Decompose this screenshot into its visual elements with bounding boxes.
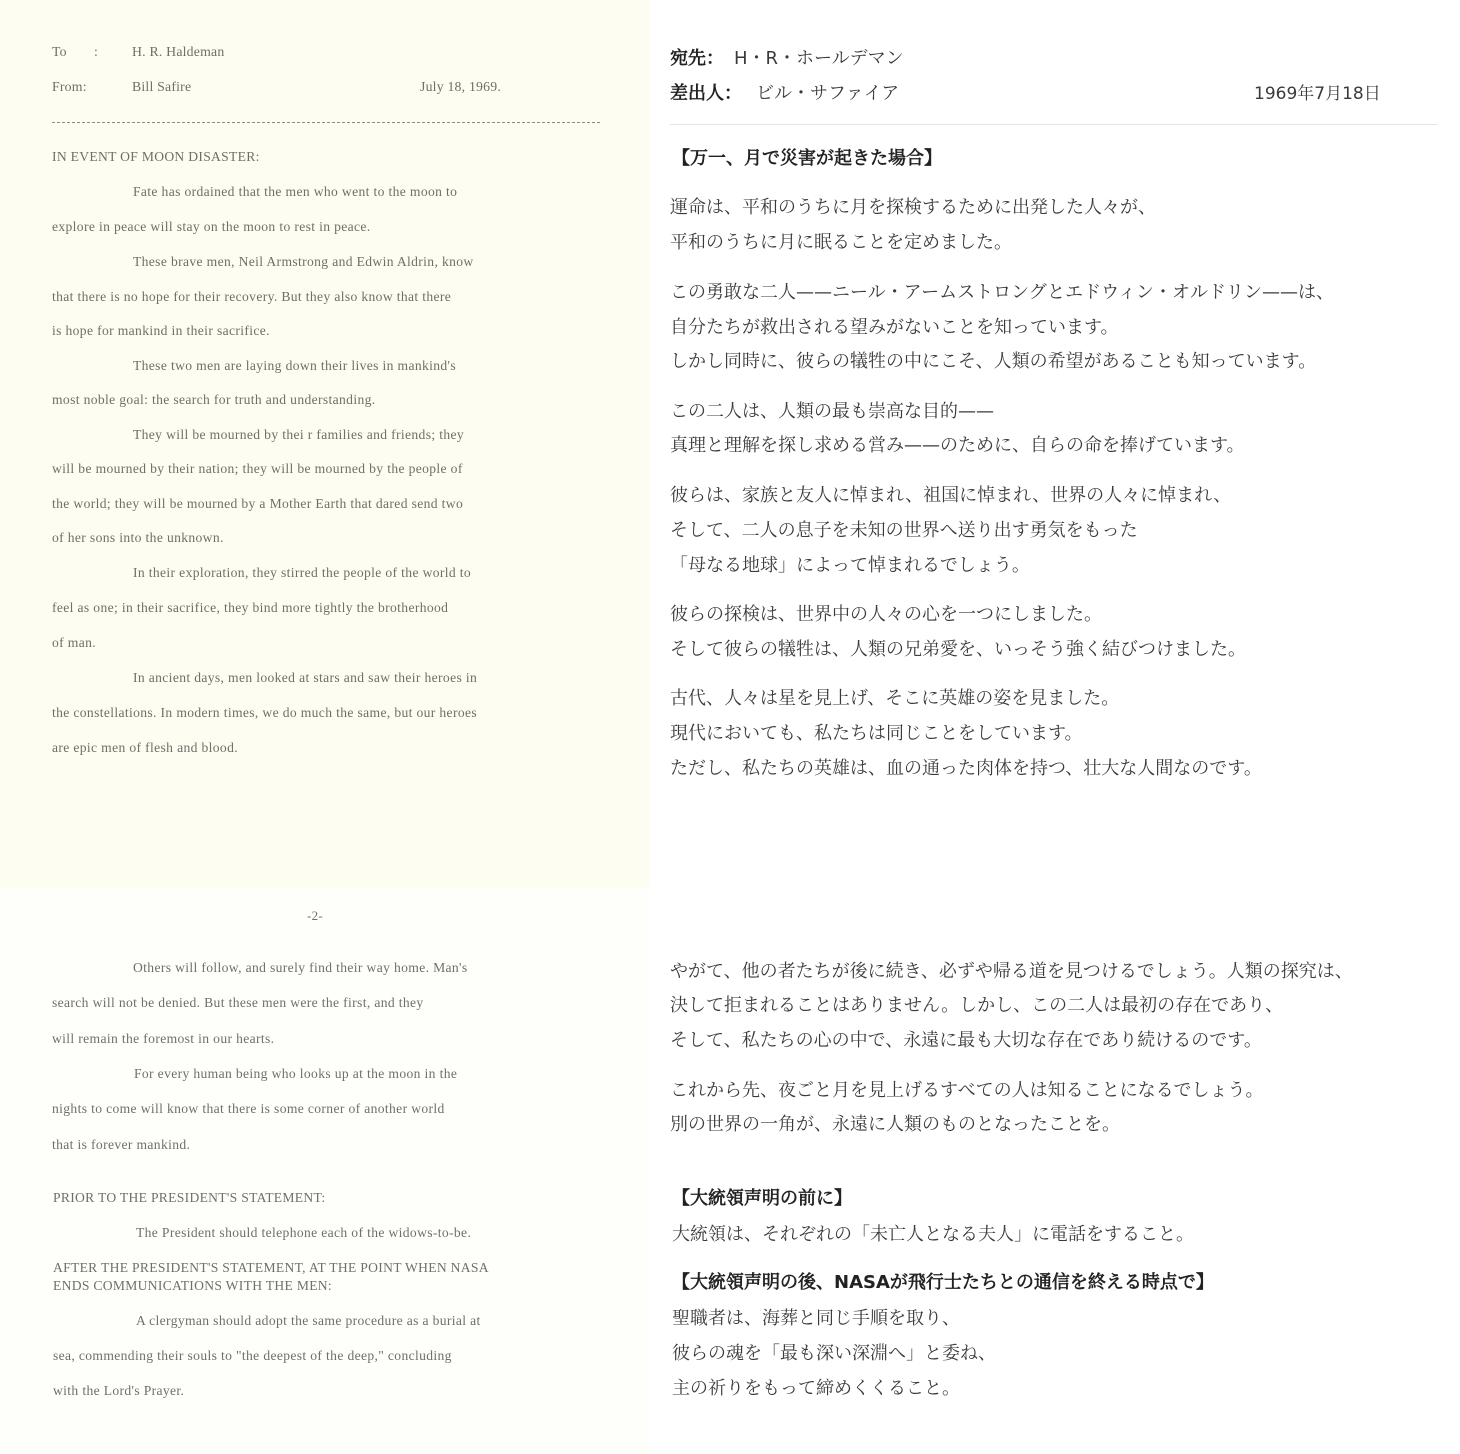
body-line: the constellations. In modern times, we … [52, 705, 477, 721]
body-line: For every human being who looks up at th… [134, 1066, 457, 1082]
body-line-jp: 自分たちが救出される望みがないことを知っています。 [670, 313, 1119, 339]
body-line: These two men are laying down their live… [133, 358, 456, 374]
memo-date-jp: 1969年7月18日 [1254, 79, 1381, 104]
body-line: are epic men of flesh and blood. [52, 740, 238, 756]
body-line: Others will follow, and surely find thei… [133, 960, 468, 976]
after-line: with the Lord's Prayer. [53, 1383, 184, 1399]
body-line-jp: 現代においても、私たちは同じことをしています。 [670, 719, 1083, 745]
body-line: In their exploration, they stirred the p… [133, 565, 471, 581]
body-line-jp: やがて、他の者たちが後に続き、必ずや帰る道を見つけるでしょう。人類の探究は、 [670, 957, 1353, 983]
to-colon: : [94, 44, 98, 60]
body-line-jp: しかし同時に、彼らの犠牲の中にこそ、人類の希望があることも知っています。 [670, 347, 1316, 373]
body-line-jp: そして彼らの犠牲は、人類の兄弟愛を、いっそう強く結びつけました。 [670, 635, 1246, 661]
body-line-jp: この勇敢な二人——ニール・アームストロングとエドウィン・オルドリン——は、 [670, 278, 1334, 304]
japanese-translation: 宛先： H・R・ホールデマン 差出人： ビル・サファイア 1969年7月18日 … [670, 0, 1450, 1454]
body-line-jp: 決して拒まれることはありません。しかし、この二人は最初の存在であり、 [670, 991, 1283, 1017]
from-value-jp: ビル・サファイア [756, 79, 899, 105]
heading-after-statement-line1: AFTER THE PRESIDENT'S STATEMENT, AT THE … [53, 1260, 489, 1276]
after-line-jp: 主の祈りをもって締めくくること。 [672, 1374, 960, 1400]
dashed-divider [52, 122, 600, 123]
body-line: They will be mourned by thei r families … [133, 427, 464, 443]
body-line-jp: そして、二人の息子を未知の世界へ送り出す勇気をもった [670, 516, 1138, 542]
body-line: explore in peace will stay on the moon t… [52, 219, 371, 235]
body-line-jp: 彼らの探検は、世界中の人々の心を一つにしました。 [670, 600, 1102, 626]
body-line: most noble goal: the search for truth an… [52, 392, 376, 408]
prior-text-jp: 大統領は、それぞれの「未亡人となる夫人」に電話をすること。 [672, 1220, 1194, 1246]
heading-prior-statement-jp: 【大統領声明の前に】 [672, 1184, 852, 1210]
body-line: that is forever mankind. [52, 1137, 190, 1153]
body-line: search will not be denied. But these men… [52, 995, 424, 1011]
body-line: feel as one; in their sacrifice, they bi… [52, 600, 448, 616]
body-line: will be mourned by their nation; they wi… [52, 461, 463, 477]
after-line: A clergyman should adopt the same proced… [136, 1313, 481, 1329]
heading-after-statement-jp: 【大統領声明の後、NASAが飛行士たちとの通信を終える時点で】 [672, 1268, 1214, 1294]
section-heading: IN EVENT OF MOON DISASTER: [52, 149, 260, 165]
divider [670, 124, 1438, 125]
from-label: From: [52, 79, 87, 95]
body-line-jp: 古代、人々は星を見上げ、そこに英雄の姿を見ました。 [670, 684, 1119, 710]
heading-prior-statement: PRIOR TO THE PRESIDENT'S STATEMENT: [53, 1190, 326, 1206]
body-line-jp: 運命は、平和のうちに月を探検するために出発した人々が、 [670, 193, 1156, 219]
body-line: Fate has ordained that the men who went … [133, 184, 457, 200]
from-label-jp: 差出人： [670, 79, 742, 105]
from-value: Bill Safire [132, 79, 191, 95]
memo-date: July 18, 1969. [420, 79, 501, 95]
body-line-jp: ただし、私たちの英雄は、血の通った肉体を持つ、壮大な人間なのです。 [670, 754, 1262, 780]
to-label: To [52, 44, 67, 60]
body-line: nights to come will know that there is s… [52, 1101, 445, 1117]
page-number: -2- [307, 908, 323, 924]
body-line-jp: 「母なる地球」によって悼まれるでしょう。 [670, 551, 1030, 577]
body-line: the world; they will be mourned by a Mot… [52, 496, 463, 512]
body-line-jp: この二人は、人類の最も崇高な目的—— [670, 397, 994, 423]
body-line: In ancient days, men looked at stars and… [133, 670, 477, 686]
body-line: of her sons into the unknown. [52, 530, 224, 546]
prior-text: The President should telephone each of t… [136, 1225, 471, 1241]
body-line-jp: これから先、夜ごと月を見上げるすべての人は知ることになるでしょう。 [670, 1076, 1263, 1102]
after-line: sea, commending their souls to "the deep… [53, 1348, 452, 1364]
after-line-jp: 彼らの魂を「最も深い深淵へ」と委ね、 [672, 1339, 996, 1365]
after-line-jp: 聖職者は、海葬と同じ手順を取り、 [672, 1304, 960, 1330]
body-line-jp: 彼らは、家族と友人に悼まれ、祖国に悼まれ、世界の人々に悼まれ、 [670, 481, 1231, 507]
body-line-jp: そして、私たちの心の中で、永遠に最も大切な存在であり続けるのです。 [670, 1026, 1262, 1052]
body-line: These brave men, Neil Armstrong and Edwi… [133, 254, 474, 270]
body-line: will remain the foremost in our hearts. [52, 1031, 274, 1047]
body-line-jp: 真理と理解を探し求める営み——のために、自らの命を捧げています。 [670, 431, 1245, 457]
body-line: that there is no hope for their recovery… [52, 289, 451, 305]
original-memo-page-2: -2- Others will follow, and surely find … [0, 888, 650, 1454]
body-line-jp: 平和のうちに月に眠ることを定めました。 [670, 228, 1012, 254]
section-heading-jp: 【万一、月で災害が起きた場合】 [672, 144, 942, 170]
body-line: of man. [52, 635, 96, 651]
body-line: is hope for mankind in their sacrifice. [52, 323, 270, 339]
heading-after-statement-line2: ENDS COMMUNICATIONS WITH THE MEN: [53, 1278, 332, 1294]
to-value-jp: H・R・ホールデマン [734, 44, 904, 70]
to-label-jp: 宛先： [670, 44, 724, 70]
to-value: H. R. Haldeman [132, 44, 224, 60]
body-line-jp: 別の世界の一角が、永遠に人類のものとなったことを。 [670, 1110, 1120, 1136]
original-memo-page-1: To : H. R. Haldeman From: Bill Safire Ju… [0, 0, 650, 888]
